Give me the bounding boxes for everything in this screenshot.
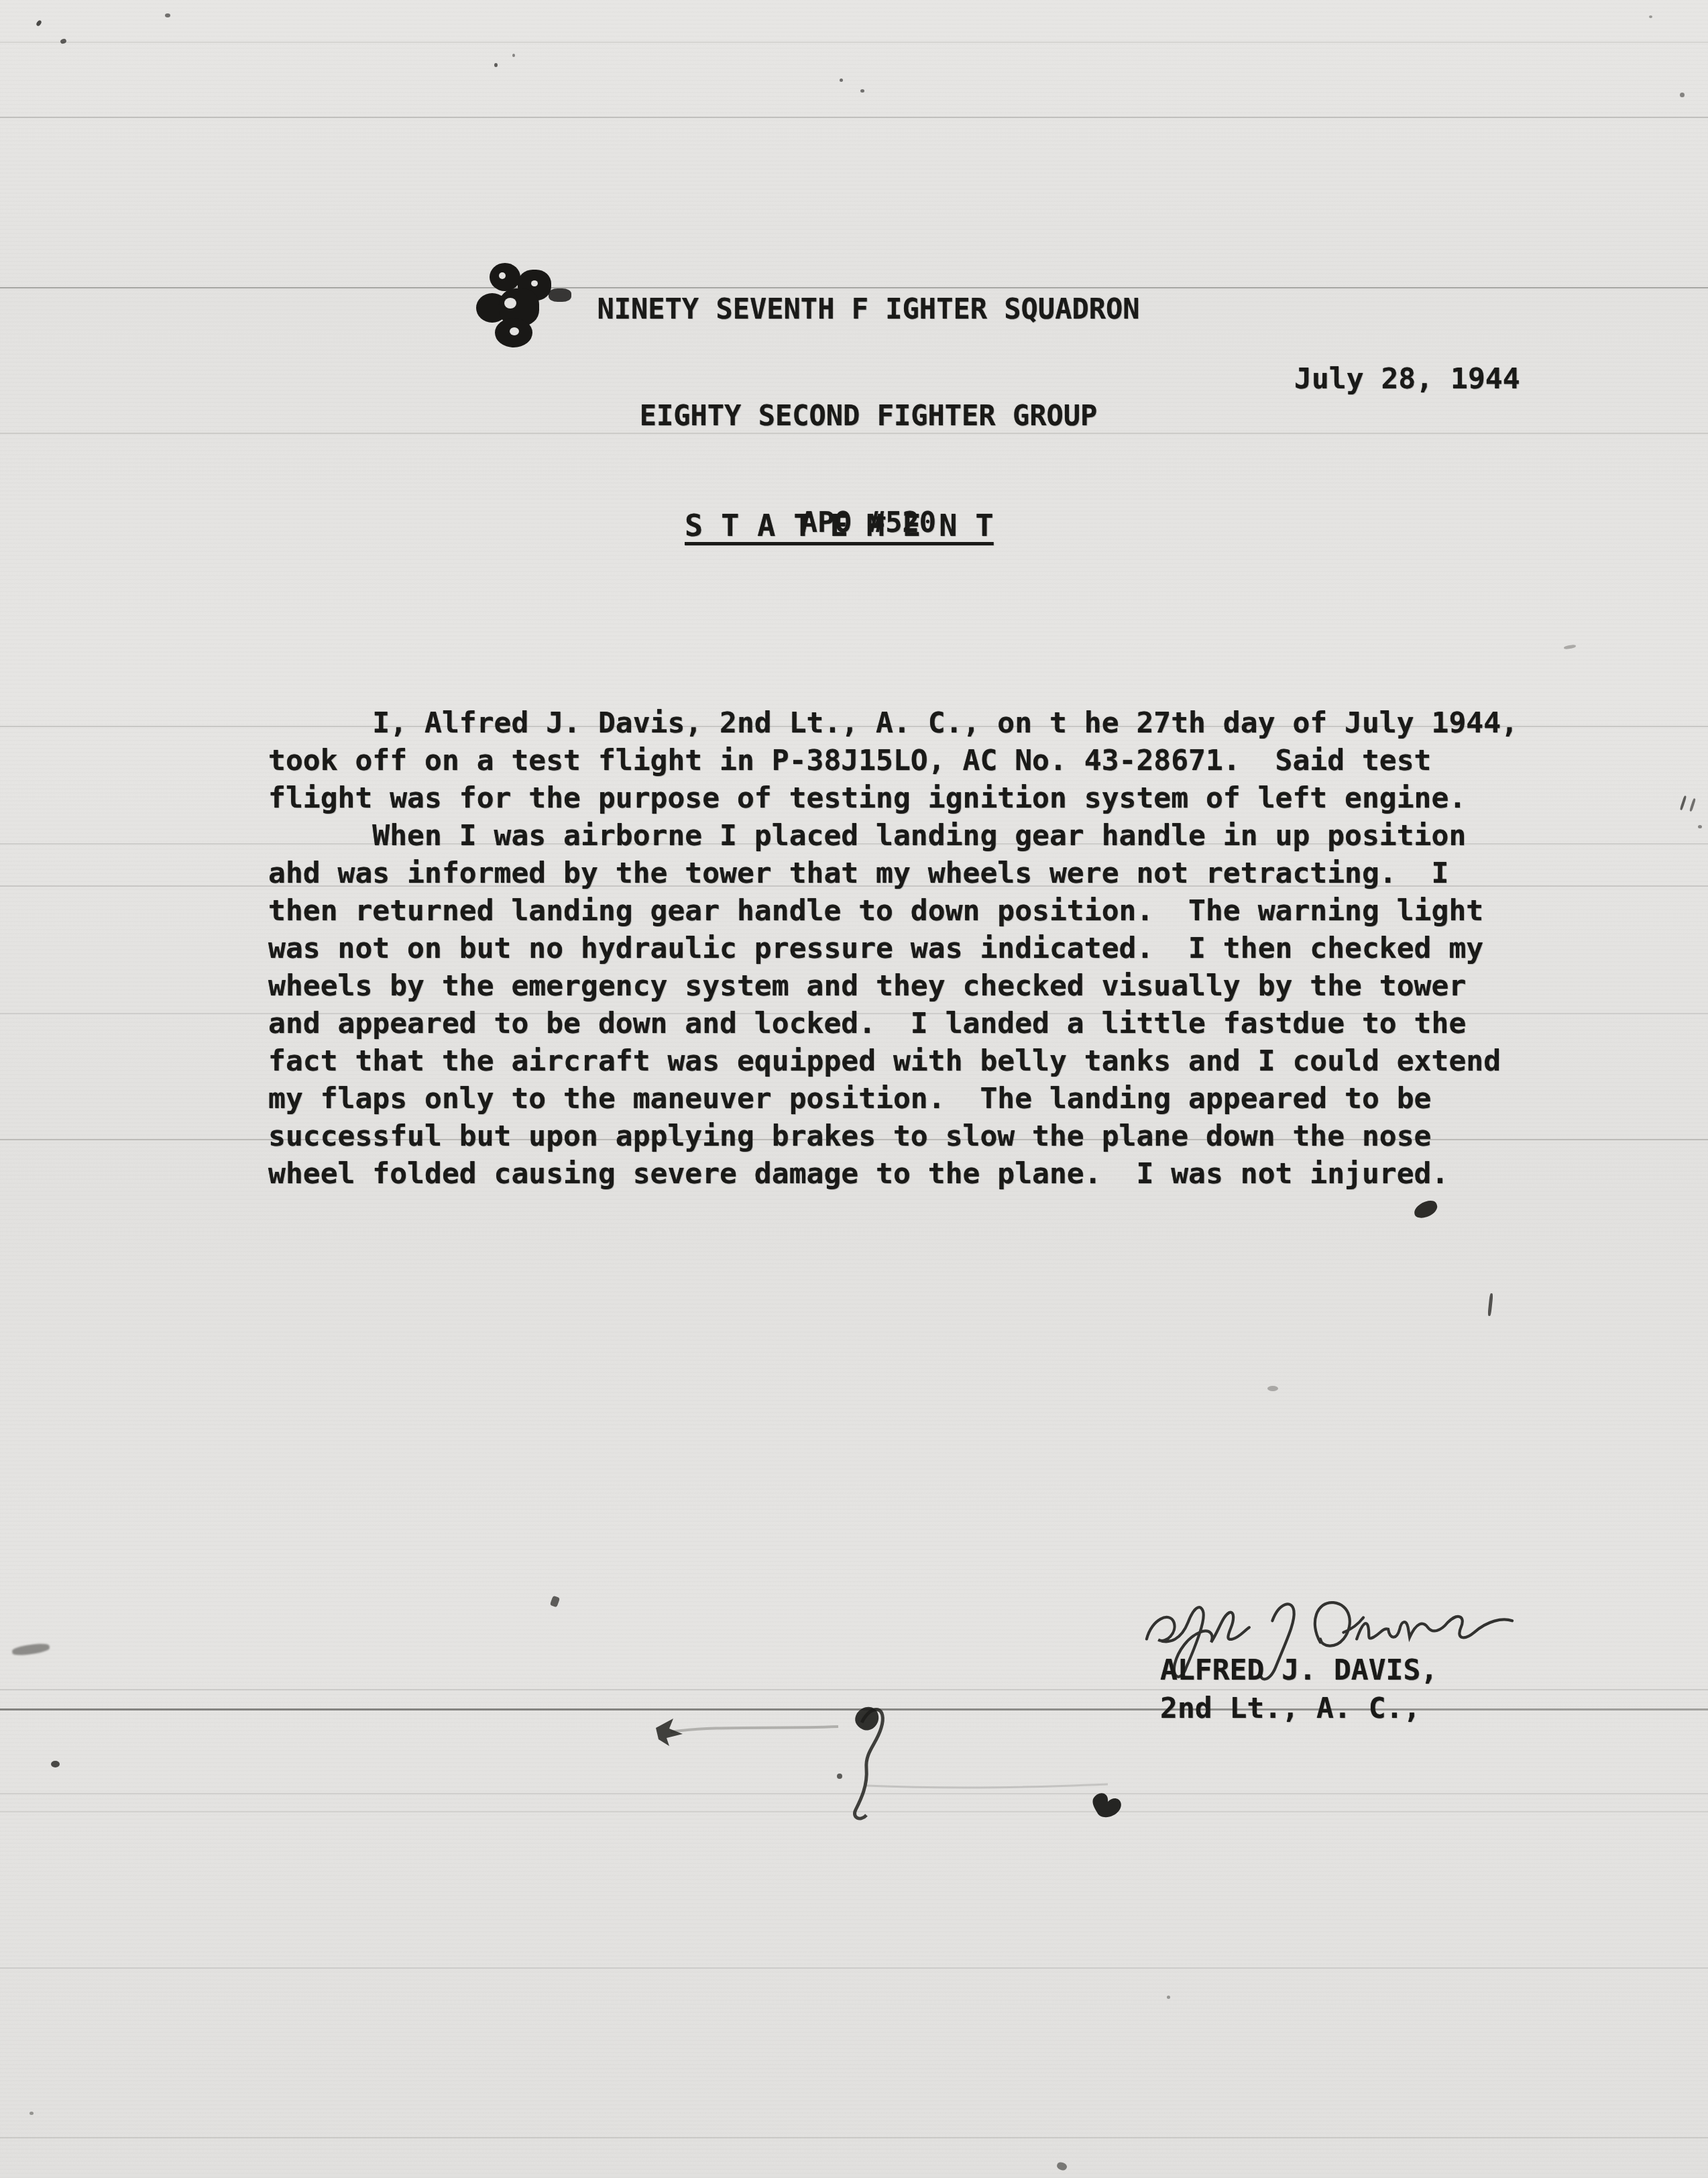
ink-speck <box>860 89 864 93</box>
signature-rank: 2nd Lt., A. C., <box>1160 1692 1420 1725</box>
scan-line <box>0 117 1708 118</box>
ink-speck <box>1167 1996 1170 1999</box>
letterhead-group: EIGHTY SECOND FIGHTER GROUP <box>523 398 1214 433</box>
scanned-document-page: NINETY SEVENTH F IGHTER SQUADRON EIGHTY … <box>0 0 1708 2178</box>
margin-tick <box>1689 798 1696 812</box>
pen-squiggle <box>630 1690 1140 1838</box>
ink-speck <box>1564 644 1577 649</box>
body-paragraph-1: I, Alfred J. Davis, 2nd Lt., A. C., on t… <box>268 704 1518 817</box>
ink-blob <box>1412 1199 1439 1221</box>
ink-speck <box>1680 93 1685 97</box>
ink-speck <box>51 1761 60 1767</box>
ink-speck <box>165 13 170 17</box>
ink-speck <box>60 38 67 45</box>
ink-speck <box>1698 825 1702 828</box>
letterhead: NINETY SEVENTH F IGHTER SQUADRON EIGHTY … <box>523 220 1214 611</box>
ink-speck <box>494 63 498 67</box>
scan-line <box>0 1967 1708 1969</box>
ink-speck <box>1056 2161 1068 2171</box>
scan-line <box>0 42 1708 43</box>
ink-speck <box>1649 15 1652 18</box>
signature-name: ALFRED J. DAVIS, <box>1160 1653 1438 1687</box>
edge-smudge <box>11 1642 50 1657</box>
date-line: July 28, 1944 <box>1294 362 1520 396</box>
ink-speck <box>36 19 42 27</box>
document-title: S T A T E M E N T <box>685 508 994 543</box>
ink-blot <box>469 263 583 353</box>
letterhead-squadron: NINETY SEVENTH F IGHTER SQUADRON <box>523 291 1214 327</box>
scan-line <box>0 2137 1708 2138</box>
ink-speck <box>1267 1386 1278 1391</box>
body-paragraph-2: When I was airborne I placed landing gea… <box>268 817 1501 1193</box>
ink-mark <box>1487 1293 1493 1316</box>
ink-mark <box>550 1596 560 1608</box>
ink-speck <box>30 2112 34 2115</box>
ink-speck <box>512 54 515 57</box>
margin-tick <box>1680 796 1687 810</box>
ink-speck <box>840 78 843 82</box>
